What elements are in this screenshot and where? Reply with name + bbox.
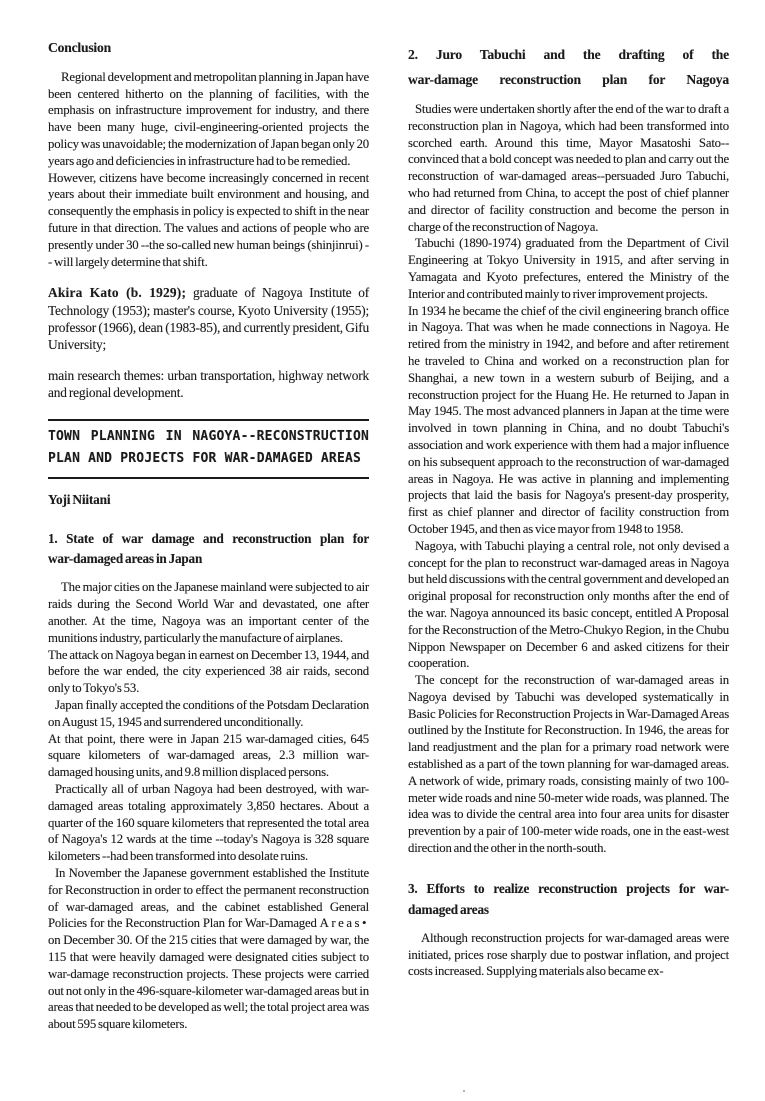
paragraph-institute-for-reconstruction: In November the Japanese government esta…	[48, 865, 369, 1033]
paragraph-studies-undertaken: Studies were undertaken shortly after th…	[408, 101, 729, 235]
paragraph-regional-development: Regional development and metropolitan pl…	[48, 69, 369, 170]
paragraph-war-damage-statistics: At that point, there were in Japan 215 w…	[48, 731, 369, 781]
right-column: 2. Juro Tabuchi and the drafting of the …	[408, 42, 729, 980]
paragraph-nagoya-concept: Nagoya, with Tabuchi playing a central r…	[408, 538, 729, 672]
section-2-heading: 2. Juro Tabuchi and the drafting of the …	[408, 42, 729, 92]
footnote-marker-areas: Areas•	[320, 916, 369, 930]
bio-author-name: Akira Kato (b. 1929);	[48, 285, 186, 300]
paragraph-however-citizens: However, citizens have become increasing…	[48, 170, 369, 271]
section-3-heading-line-2: damaged areas	[408, 899, 729, 920]
paragraph-although-projects: Although reconstruction projects for war…	[408, 930, 729, 980]
article-author-name: Yoji Niitani	[48, 492, 369, 509]
paragraph-reconstruction-concept: The concept for the reconstruction of wa…	[408, 672, 729, 857]
paragraph-major-cities: The major cities on the Japanese mainlan…	[48, 579, 369, 646]
section-1-heading: 1. State of war damage and reconstructio…	[48, 529, 369, 569]
scan-artifact-dot	[463, 1090, 465, 1092]
paragraph-attack-on-nagoya: The attack on Nagoya began in earnest on…	[48, 647, 369, 697]
paragraph-potsdam-declaration: Japan finally accepted the conditions of…	[48, 697, 369, 731]
paragraph-urban-nagoya-destroyed: Practically all of urban Nagoya had been…	[48, 781, 369, 865]
article-title-line-2: PLAN AND PROJECTS FOR WAR-DAMAGED AREAS	[48, 448, 369, 470]
bio-research-themes: main research themes: urban transportati…	[48, 367, 369, 401]
left-column: Conclusion Regional development and metr…	[48, 40, 369, 1033]
section-2-heading-line-1: 2. Juro Tabuchi and the drafting of the	[408, 42, 729, 67]
paragraph-tabuchi-career: In 1934 he became the chief of the civil…	[408, 303, 729, 538]
paragraph-tabuchi-biography: Tabuchi (1890-1974) graduated from the D…	[408, 235, 729, 302]
section-3-heading-line-1: 3. Efforts to realize reconstruction pro…	[408, 878, 729, 899]
author-bio-akira-kato: Akira Kato (b. 1929); graduate of Nagoya…	[48, 284, 369, 353]
scanned-paper-page: Conclusion Regional development and metr…	[0, 0, 765, 1101]
paragraph-part: on December 30. Of the 215 cities that w…	[48, 933, 369, 1031]
section-3-heading: 3. Efforts to realize reconstruction pro…	[408, 878, 729, 920]
article-title-line-1: TOWN PLANNING IN NAGOYA--RECONSTRUCTION	[48, 426, 369, 448]
section-1-heading-line-2: war-damaged areas in Japan	[48, 549, 369, 569]
section-1-heading-line-1: 1. State of war damage and reconstructio…	[48, 529, 369, 549]
conclusion-heading: Conclusion	[48, 40, 369, 57]
article-title-block: TOWN PLANNING IN NAGOYA--RECONSTRUCTION …	[48, 419, 369, 479]
section-2-heading-line-2: war-damage reconstruction plan for Nagoy…	[408, 67, 729, 92]
